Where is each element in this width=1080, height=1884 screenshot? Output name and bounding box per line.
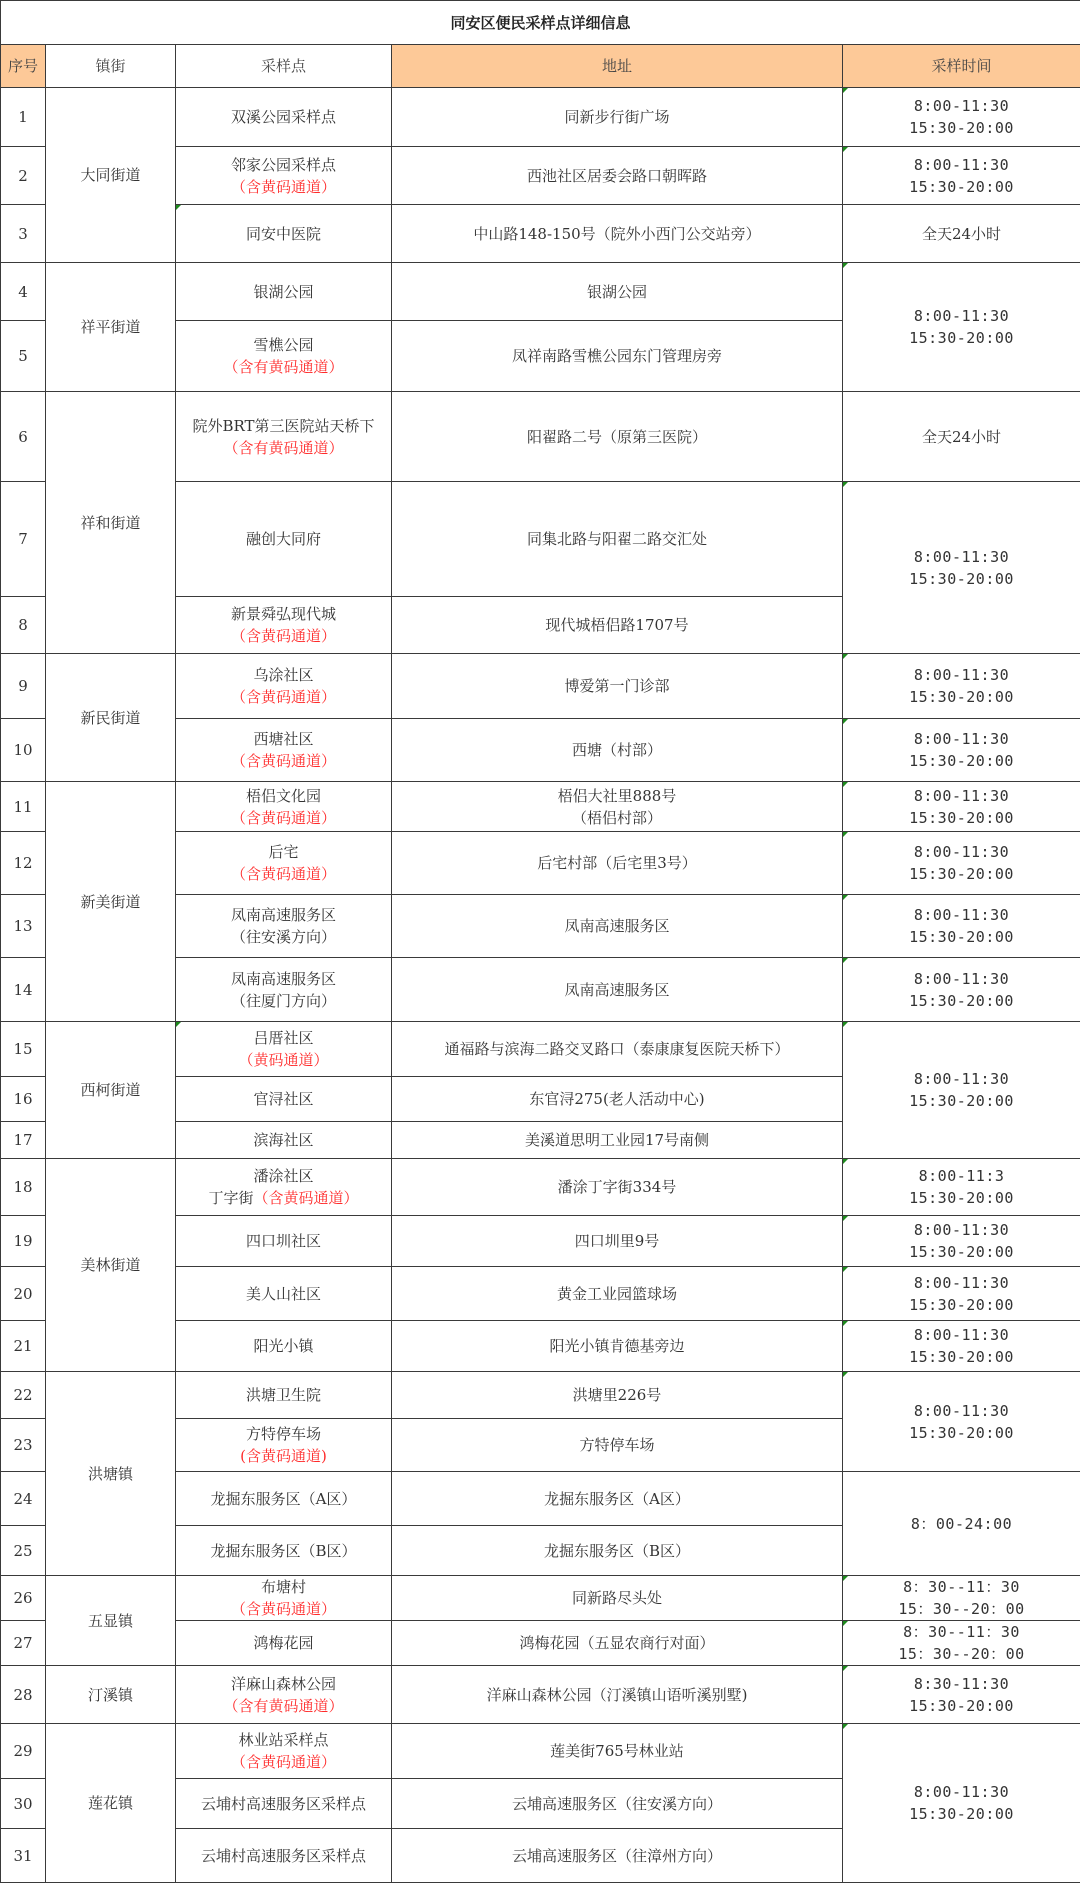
- time-cell: 8:00-11:3015:30-20:00: [843, 482, 1080, 654]
- town-cell: 汀溪镇: [46, 1666, 176, 1724]
- row-index: 6: [1, 392, 46, 482]
- time-cell: 8:00-11:3015:30-20:00: [843, 147, 1080, 205]
- yellow-code-note: （含黄码通道）: [178, 176, 389, 198]
- time-cell: 8：30--11：3015：30--20：00: [843, 1576, 1080, 1621]
- row-index: 26: [1, 1576, 46, 1621]
- row-index: 13: [1, 895, 46, 958]
- table-row: 11 新美街道 梧侣文化园（含黄码通道） 梧侣大社里888号（梧侣村部） 8:0…: [1, 782, 1080, 832]
- time-cell: 8:00-11:3015:30-20:00: [843, 782, 1080, 832]
- time-cell: 8:00-11:3015:30-20:00: [843, 895, 1080, 958]
- yellow-code-note: （含黄码通道）: [178, 750, 389, 772]
- time-cell: 8：00-24:00: [843, 1472, 1080, 1576]
- town-cell: 西柯街道: [46, 1022, 176, 1159]
- site-cell: 西塘社区（含黄码通道）: [176, 719, 392, 782]
- row-index: 24: [1, 1472, 46, 1526]
- site-cell: 洪塘卫生院: [176, 1372, 392, 1419]
- site-cell: 滨海社区: [176, 1122, 392, 1159]
- site-cell: 吕厝社区（黄码通道）: [176, 1022, 392, 1077]
- header-site: 采样点: [176, 45, 392, 88]
- header-address: 地址: [392, 45, 843, 88]
- address-cell: 洪塘里226号: [392, 1372, 843, 1419]
- site-cell: 雪樵公园（含有黄码通道）: [176, 321, 392, 392]
- row-index: 8: [1, 597, 46, 654]
- site-cell: 龙掘东服务区（B区）: [176, 1526, 392, 1576]
- site-cell: 潘涂社区丁字街（含黄码通道）: [176, 1159, 392, 1216]
- address-cell: 洋麻山森林公园（汀溪镇山语听溪别墅): [392, 1666, 843, 1724]
- address-cell: 四口圳里9号: [392, 1216, 843, 1267]
- site-cell: 凤南高速服务区（往安溪方向）: [176, 895, 392, 958]
- address-cell: 黄金工业园篮球场: [392, 1267, 843, 1321]
- time-cell: 8:00-11:315:30-20:00: [843, 1159, 1080, 1216]
- address-cell: 西池社区居委会路口朝晖路: [392, 147, 843, 205]
- town-cell: 大同街道: [46, 88, 176, 263]
- address-cell: 博爱第一门诊部: [392, 654, 843, 719]
- site-cell: 龙掘东服务区（A区）: [176, 1472, 392, 1526]
- town-cell: 美林街道: [46, 1159, 176, 1372]
- time-cell: 8:30-11:3015:30-20:00: [843, 1666, 1080, 1724]
- time-cell: 全天24小时: [843, 392, 1080, 482]
- sampling-sites-table: 同安区便民采样点详细信息 序号 镇街 采样点 地址 采样时间 1 大同街道 双溪…: [0, 0, 1080, 1883]
- row-index: 12: [1, 832, 46, 895]
- address-cell: 龙掘东服务区（A区）: [392, 1472, 843, 1526]
- row-index: 11: [1, 782, 46, 832]
- address-cell: 阳光小镇肯德基旁边: [392, 1321, 843, 1372]
- row-index: 30: [1, 1779, 46, 1829]
- yellow-code-note: （含黄码通道）: [254, 1189, 359, 1207]
- time-cell: 8:00-11:3015:30-20:00: [843, 958, 1080, 1022]
- row-index: 5: [1, 321, 46, 392]
- address-cell: 中山路148-150号（院外小西门公交站旁）: [392, 205, 843, 263]
- row-index: 16: [1, 1077, 46, 1122]
- row-index: 17: [1, 1122, 46, 1159]
- table-row: 29 莲花镇 林业站采样点（含黄码通道） 莲美街765号林业站 8:00-11:…: [1, 1724, 1080, 1779]
- row-index: 18: [1, 1159, 46, 1216]
- address-cell: 同集北路与阳翟二路交汇处: [392, 482, 843, 597]
- site-cell: 后宅（含黄码通道）: [176, 832, 392, 895]
- site-cell: 美人山社区: [176, 1267, 392, 1321]
- address-cell: 后宅村部（后宅里3号）: [392, 832, 843, 895]
- row-index: 7: [1, 482, 46, 597]
- header-town: 镇街: [46, 45, 176, 88]
- row-index: 21: [1, 1321, 46, 1372]
- site-cell: 梧侣文化园（含黄码通道）: [176, 782, 392, 832]
- row-index: 27: [1, 1621, 46, 1666]
- time-cell: 8:00-11:3015:30-20:00: [843, 654, 1080, 719]
- site-cell: 云埔村高速服务区采样点: [176, 1829, 392, 1883]
- yellow-code-note: （含有黄码通道）: [178, 356, 389, 378]
- address-cell: 西塘（村部）: [392, 719, 843, 782]
- yellow-code-note: （含有黄码通道）: [178, 1695, 389, 1717]
- town-cell: 莲花镇: [46, 1724, 176, 1883]
- address-cell: 方特停车场: [392, 1419, 843, 1472]
- row-index: 23: [1, 1419, 46, 1472]
- yellow-code-note: （含黄码通道）: [178, 1751, 389, 1773]
- row-index: 14: [1, 958, 46, 1022]
- address-cell: 莲美街765号林业站: [392, 1724, 843, 1779]
- time-cell: 8:00-11:3015:30-20:00: [843, 1267, 1080, 1321]
- yellow-code-note: （黄码通道）: [178, 1049, 389, 1071]
- row-index: 22: [1, 1372, 46, 1419]
- site-cell: 方特停车场(含黄码通道): [176, 1419, 392, 1472]
- site-cell: 阳光小镇: [176, 1321, 392, 1372]
- site-cell: 院外BRT第三医院站天桥下（含有黄码通道）: [176, 392, 392, 482]
- yellow-code-note: (含黄码通道): [178, 1445, 389, 1467]
- time-cell: 8:00-11:3015:30-20:00: [843, 1321, 1080, 1372]
- time-cell: 全天24小时: [843, 205, 1080, 263]
- site-cell: 邻家公园采样点（含黄码通道）: [176, 147, 392, 205]
- town-cell: 祥和街道: [46, 392, 176, 654]
- time-cell: 8:00-11:3015:30-20:00: [843, 719, 1080, 782]
- time-cell: 8:00-11:3015:30-20:00: [843, 88, 1080, 147]
- site-cell: 融创大同府: [176, 482, 392, 597]
- address-cell: 阳翟路二号（原第三医院）: [392, 392, 843, 482]
- site-cell: 布塘村（含黄码通道）: [176, 1576, 392, 1621]
- row-index: 15: [1, 1022, 46, 1077]
- header-index: 序号: [1, 45, 46, 88]
- row-index: 9: [1, 654, 46, 719]
- table-row: 26 五显镇 布塘村（含黄码通道） 同新路尽头处 8：30--11：3015：3…: [1, 1576, 1080, 1621]
- row-index: 10: [1, 719, 46, 782]
- row-index: 25: [1, 1526, 46, 1576]
- address-cell: 通福路与滨海二路交叉路口（泰康康复医院天桥下）: [392, 1022, 843, 1077]
- table-row: 18 美林街道 潘涂社区丁字街（含黄码通道） 潘涂丁字街334号 8:00-11…: [1, 1159, 1080, 1216]
- table-row: 4 祥平街道 银湖公园 银湖公园 8:00-11:3015:30-20:00: [1, 263, 1080, 321]
- table-row: 1 大同街道 双溪公园采样点 同新步行街广场 8:00-11:3015:30-2…: [1, 88, 1080, 147]
- site-cell: 同安中医院: [176, 205, 392, 263]
- row-index: 2: [1, 147, 46, 205]
- town-cell: 新民街道: [46, 654, 176, 782]
- time-cell: 8：30--11：3015：30--20：00: [843, 1621, 1080, 1666]
- row-index: 3: [1, 205, 46, 263]
- row-index: 20: [1, 1267, 46, 1321]
- site-cell: 林业站采样点（含黄码通道）: [176, 1724, 392, 1779]
- row-index: 28: [1, 1666, 46, 1724]
- site-cell: 乌涂社区（含黄码通道）: [176, 654, 392, 719]
- address-cell: 凤南高速服务区: [392, 895, 843, 958]
- table-row: 9 新民街道 乌涂社区（含黄码通道） 博爱第一门诊部 8:00-11:3015:…: [1, 654, 1080, 719]
- address-cell: 龙掘东服务区（B区）: [392, 1526, 843, 1576]
- row-index: 31: [1, 1829, 46, 1883]
- address-cell: 银湖公园: [392, 263, 843, 321]
- town-cell: 新美街道: [46, 782, 176, 1022]
- row-index: 19: [1, 1216, 46, 1267]
- address-cell: 云埔高速服务区（往漳州方向）: [392, 1829, 843, 1883]
- site-cell: 官浔社区: [176, 1077, 392, 1122]
- town-cell: 祥平街道: [46, 263, 176, 392]
- table-row: 28 汀溪镇 洋麻山森林公园（含有黄码通道） 洋麻山森林公园（汀溪镇山语听溪别墅…: [1, 1666, 1080, 1724]
- table-row: 6 祥和街道 院外BRT第三医院站天桥下（含有黄码通道） 阳翟路二号（原第三医院…: [1, 392, 1080, 482]
- address-cell: 美溪道思明工业园17号南侧: [392, 1122, 843, 1159]
- yellow-code-note: （含有黄码通道）: [178, 437, 389, 459]
- time-cell: 8:00-11:3015:30-20:00: [843, 1022, 1080, 1159]
- yellow-code-note: （含黄码通道）: [178, 686, 389, 708]
- row-index: 29: [1, 1724, 46, 1779]
- address-cell: 同新路尽头处: [392, 1576, 843, 1621]
- site-cell: 四口圳社区: [176, 1216, 392, 1267]
- time-cell: 8:00-11:3015:30-20:00: [843, 832, 1080, 895]
- time-cell: 8:00-11:3015:30-20:00: [843, 1724, 1080, 1883]
- site-cell: 银湖公园: [176, 263, 392, 321]
- yellow-code-note: （含黄码通道）: [178, 807, 389, 829]
- address-cell: 梧侣大社里888号（梧侣村部）: [392, 782, 843, 832]
- table-title: 同安区便民采样点详细信息: [1, 1, 1080, 45]
- site-cell: 新景舜弘现代城（含黄码通道）: [176, 597, 392, 654]
- time-cell: 8:00-11:3015:30-20:00: [843, 1216, 1080, 1267]
- time-cell: 8:00-11:3015:30-20:00: [843, 1372, 1080, 1472]
- header-time: 采样时间: [843, 45, 1080, 88]
- address-cell: 凤祥南路雪樵公园东门管理房旁: [392, 321, 843, 392]
- address-cell: 潘涂丁字街334号: [392, 1159, 843, 1216]
- address-cell: 鸿梅花园（五显农商行对面）: [392, 1621, 843, 1666]
- table-row: 22 洪塘镇 洪塘卫生院 洪塘里226号 8:00-11:3015:30-20:…: [1, 1372, 1080, 1419]
- site-cell: 凤南高速服务区（往厦门方向）: [176, 958, 392, 1022]
- row-index: 1: [1, 88, 46, 147]
- address-cell: 同新步行街广场: [392, 88, 843, 147]
- header-row: 序号 镇街 采样点 地址 采样时间: [1, 45, 1080, 88]
- town-cell: 五显镇: [46, 1576, 176, 1666]
- yellow-code-note: （含黄码通道）: [178, 1598, 389, 1620]
- time-cell: 8:00-11:3015:30-20:00: [843, 263, 1080, 392]
- address-cell: 凤南高速服务区: [392, 958, 843, 1022]
- yellow-code-note: （含黄码通道）: [178, 625, 389, 647]
- site-cell: 双溪公园采样点: [176, 88, 392, 147]
- site-cell: 洋麻山森林公园（含有黄码通道）: [176, 1666, 392, 1724]
- address-cell: 东官浔275(老人活动中心): [392, 1077, 843, 1122]
- address-cell: 现代城梧侣路1707号: [392, 597, 843, 654]
- site-cell: 鸿梅花园: [176, 1621, 392, 1666]
- site-cell: 云埔村高速服务区采样点: [176, 1779, 392, 1829]
- row-index: 4: [1, 263, 46, 321]
- yellow-code-note: （含黄码通道）: [178, 863, 389, 885]
- address-cell: 云埔高速服务区（往安溪方向）: [392, 1779, 843, 1829]
- table-row: 15 西柯街道 吕厝社区（黄码通道） 通福路与滨海二路交叉路口（泰康康复医院天桥…: [1, 1022, 1080, 1077]
- town-cell: 洪塘镇: [46, 1372, 176, 1576]
